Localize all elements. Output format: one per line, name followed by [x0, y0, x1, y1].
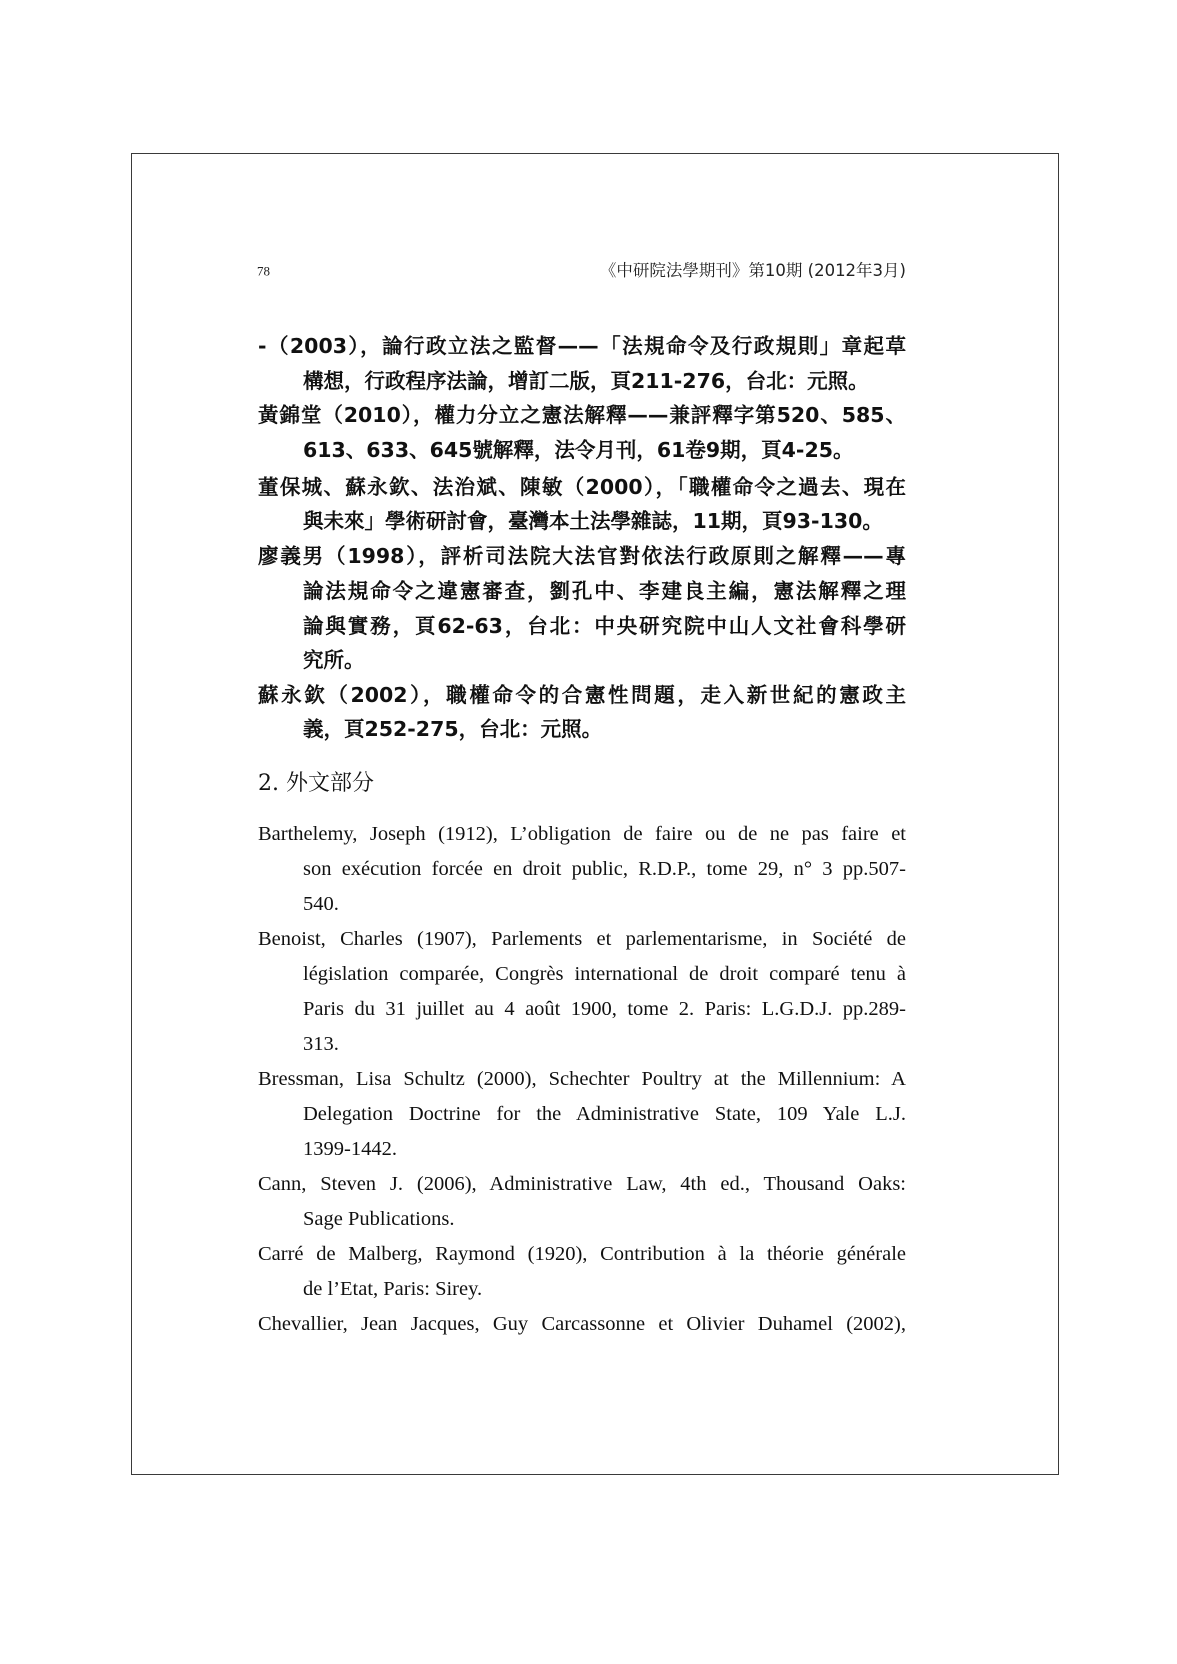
reference-line: Chevallier, Jean Jacques, Guy Carcassonn… [258, 1314, 906, 1335]
reference-line: son exécution forcée en droit public, R.… [303, 859, 906, 880]
reference-line: Bressman, Lisa Schultz (2000), Schechter… [258, 1069, 906, 1090]
reference-line: Paris du 31 juillet au 4 août 1900, tome… [303, 999, 906, 1020]
reference-line: 黃錦堂（2010），權力分立之憲法解釋——兼評釋字第520、585、 [258, 405, 906, 426]
reference-line: 613、633、645號解釋，法令月刊，61卷9期，頁4-25。 [303, 440, 853, 461]
reference-line: 蘇永欽（2002），職權命令的合憲性問題，走入新世紀的憲政主 [258, 685, 906, 706]
reference-line: Carré de Malberg, Raymond (1920), Contri… [258, 1244, 906, 1265]
reference-line: 廖義男（1998），評析司法院大法官對依法行政原則之解釋——專 [258, 546, 906, 567]
reference-line: 究所。 [303, 650, 365, 671]
reference-line: législation comparée, Congrès internatio… [303, 964, 906, 985]
reference-line: de l’Etat, Paris: Sirey. [303, 1279, 482, 1300]
page-number: 78 [257, 265, 270, 278]
reference-line: Delegation Doctrine for the Administrati… [303, 1104, 906, 1125]
reference-line: -（2003），論行政立法之監督——「法規命令及行政規則」章起草 [258, 336, 906, 357]
reference-line: 1399-1442. [303, 1139, 397, 1160]
reference-line: Sage Publications. [303, 1209, 454, 1230]
reference-line: 313. [303, 1034, 339, 1055]
reference-line: Benoist, Charles (1907), Parlements et p… [258, 929, 906, 950]
running-head: 《中研院法學期刊》第10期 (2012年3月) [600, 263, 906, 280]
reference-line: 論與實務，頁62-63，台北：中央研究院中山人文社會科學研 [303, 616, 906, 637]
reference-line: Barthelemy, Joseph (1912), L’obligation … [258, 824, 906, 845]
reference-line: 540. [303, 894, 339, 915]
reference-line: 董保城、蘇永欽、法治斌、陳敏（2000），「職權命令之過去、現在 [258, 477, 906, 498]
reference-line: 構想，行政程序法論，增訂二版，頁211-276，台北：元照。 [303, 371, 869, 392]
reference-line: 論法規命令之違憲審查，劉孔中、李建良主編，憲法解釋之理 [303, 581, 906, 602]
reference-line: Cann, Steven J. (2006), Administrative L… [258, 1174, 906, 1195]
reference-line: 與未來」學術研討會，臺灣本土法學雜誌，11期，頁93-130。 [303, 511, 883, 532]
reference-line: 義，頁252-275，台北：元照。 [303, 719, 602, 740]
section-heading: 2. 外文部分 [258, 773, 374, 795]
